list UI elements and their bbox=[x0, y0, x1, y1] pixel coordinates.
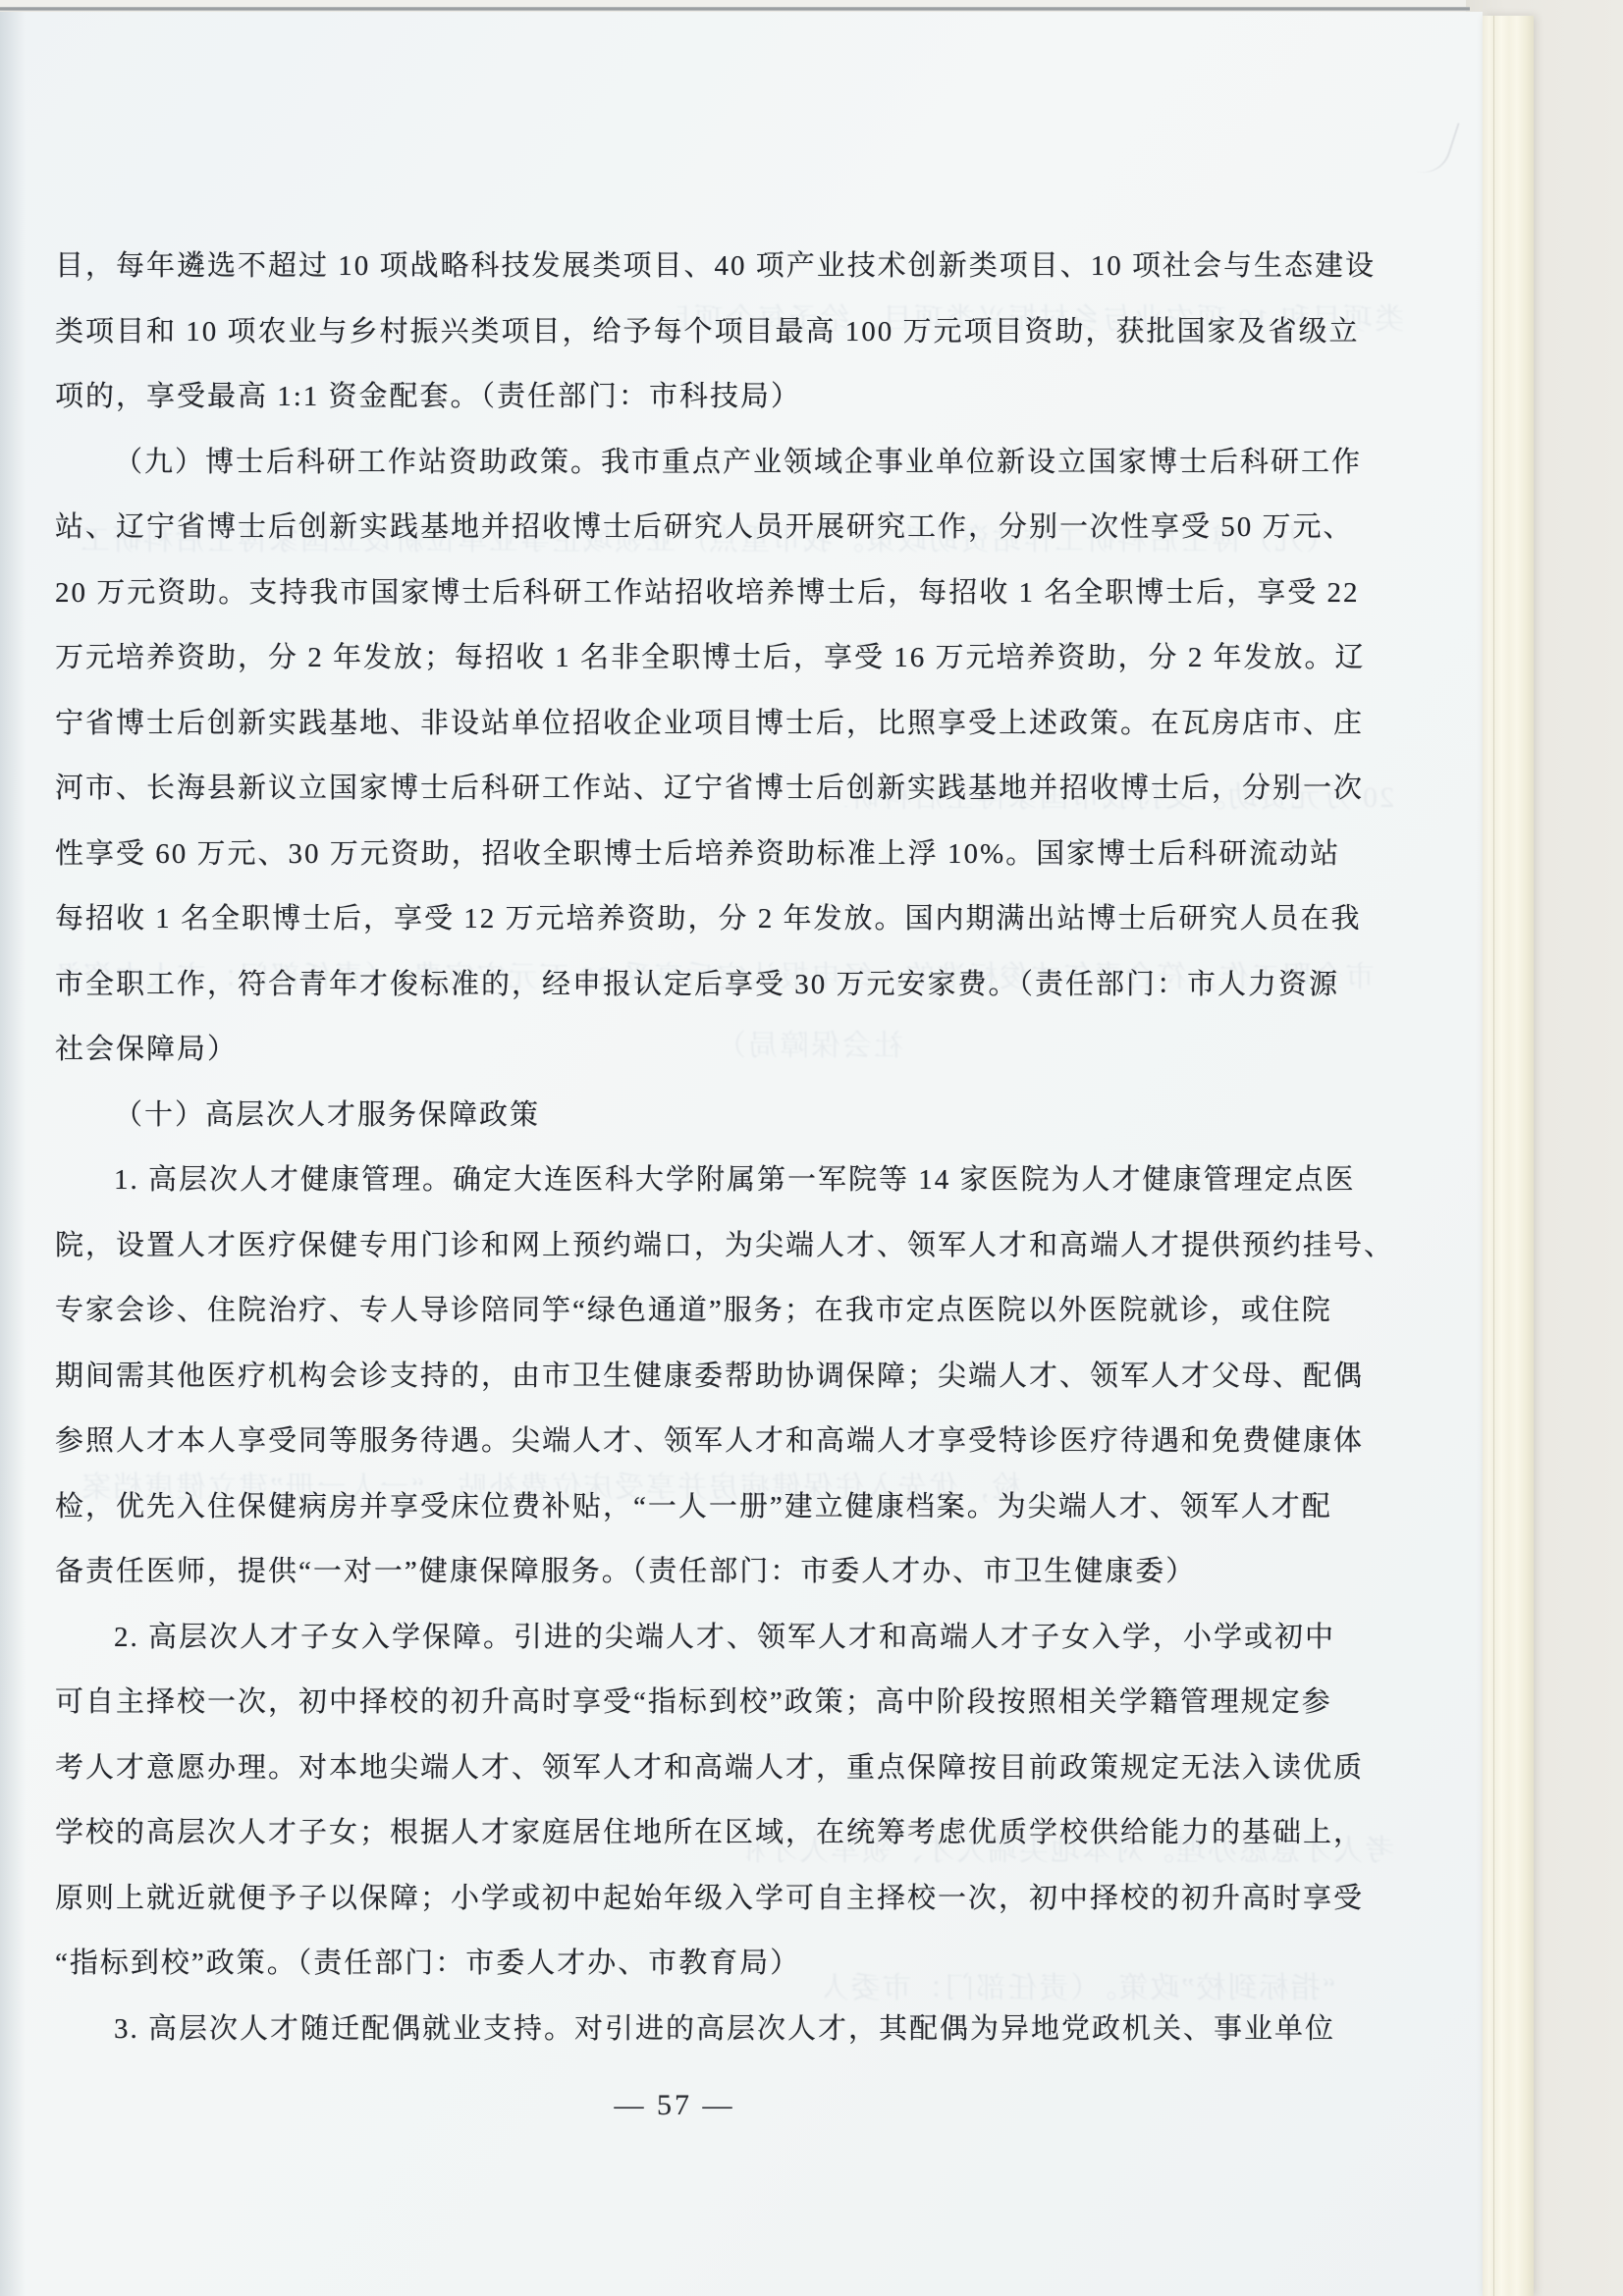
text-line: 河市、长海县新议立国家博士后科研工作站、辽宁省博士后创新实践基地并招收博士后，分… bbox=[55, 756, 1294, 822]
text-line: 站、辽宁省博士后创新实践基地并招收博士后研究人员开展研究工作，分别一次性享受 5… bbox=[55, 495, 1294, 561]
text-line: 3. 高层次人才随迁配偶就业支持。对引进的高层次人才，其配偶为异地党政机关、事业… bbox=[55, 1997, 1294, 2062]
text-line: 社会保障局） bbox=[55, 1017, 1294, 1083]
page-edge-strip bbox=[1483, 16, 1534, 2296]
text-line: 万元培养资助，分 2 年发放；每招收 1 名非全职博士后，享受 16 万元培养资… bbox=[55, 625, 1294, 691]
text-line: 备责任医师，提供“一对一”健康保障服务。（责任部门：市委人才办、市卫生健康委） bbox=[55, 1539, 1294, 1605]
page-text-block: 目，每年遴选不超过 10 项战略科技发展类项目、40 项产业技术创新类项目、10… bbox=[55, 234, 1294, 2061]
text-line: 类项目和 10 项农业与乡村振兴类项目，给予每个项目最高 100 万元项目资助，… bbox=[55, 299, 1294, 365]
text-line: 项的，享受最高 1:1 资金配套。（责任部门：市科技局） bbox=[55, 364, 1294, 430]
page-edge-inner-line bbox=[1493, 16, 1494, 2296]
text-line: 期间需其他医疗机构会诊支持的，由市卫生健康委帮助协调保障；尖端人才、领军人才父母… bbox=[55, 1344, 1294, 1410]
page-number: — 57 — bbox=[55, 2089, 1294, 2122]
text-line: （九）博士后科研工作站资助政策。我市重点产业领域企事业单位新设立国家博士后科研工… bbox=[55, 430, 1294, 496]
text-line: 专家会诊、住院治疗、专人导诊陪同竽“绿色通道”服务；在我市定点医院以外医院就诊，… bbox=[55, 1278, 1294, 1344]
text-line: 每招收 1 名全职博士后，享受 12 万元培养资助，分 2 年发放。国内期满出站… bbox=[55, 886, 1294, 952]
text-line: 检，优先入住保健病房并享受床位费补贴，“一人一册”建立健康档案。为尖端人才、领军… bbox=[55, 1474, 1294, 1540]
text-line: （十）高层次人才服务保障政策 bbox=[55, 1083, 1294, 1148]
text-line: 院，设置人才医疗保健专用门诊和网上预约端口，为尖端人才、领军人才和高端人才提供预… bbox=[55, 1213, 1294, 1279]
text-line: 市全职工作，符合青年才俊标准的，经申报认定后享受 30 万元安家费。（责任部门：… bbox=[55, 952, 1294, 1018]
text-line: 20 万元资助。支持我市国家博士后科研工作站招收培养博士后，每招收 1 名全职博… bbox=[55, 561, 1294, 626]
text-line: 学校的高层次人才子女；根据人才家庭居住地所在区域，在统筹考虑优质学校供给能力的基… bbox=[55, 1800, 1294, 1866]
text-line: 2. 高层次人才子女入学保障。引进的尖端人才、领军人才和高端人才子女入学，小学或… bbox=[55, 1605, 1294, 1671]
text-line: 宁省博士后创新实践基地、非设站单位招收企业项目博士后，比照享受上述政策。在瓦房店… bbox=[55, 691, 1294, 757]
text-line: 性享受 60 万元、30 万元资助，招收全职博士后培养资助标准上浮 10%。国家… bbox=[55, 822, 1294, 887]
text-line: 考人才意愿办理。对本地尖端人才、领军人才和高端人才，重点保障按目前政策规定无法入… bbox=[55, 1735, 1294, 1801]
text-line: “指标到校”政策。（责任部门：市委人才办、市教育局） bbox=[55, 1931, 1294, 1997]
text-line: 参照人才本人享受同等服务待遇。尖端人才、领军人才和高端人才享受特诊医疗待遇和免费… bbox=[55, 1409, 1294, 1474]
text-line: 原则上就近就便予子以保障；小学或初中起始年级入学可自主择校一次，初中择校的初升高… bbox=[55, 1866, 1294, 1932]
text-line: 目，每年遴选不超过 10 项战略科技发展类项目、40 项产业技术创新类项目、10… bbox=[55, 234, 1294, 299]
text-line: 可自主择校一次，初中择校的初升高时享受“指标到校”政策；高中阶段按照相关学籍管理… bbox=[55, 1670, 1294, 1735]
text-line: 1. 高层次人才健康管理。确定大连医科大学附属第一军院等 14 家医院为人才健康… bbox=[55, 1148, 1294, 1213]
